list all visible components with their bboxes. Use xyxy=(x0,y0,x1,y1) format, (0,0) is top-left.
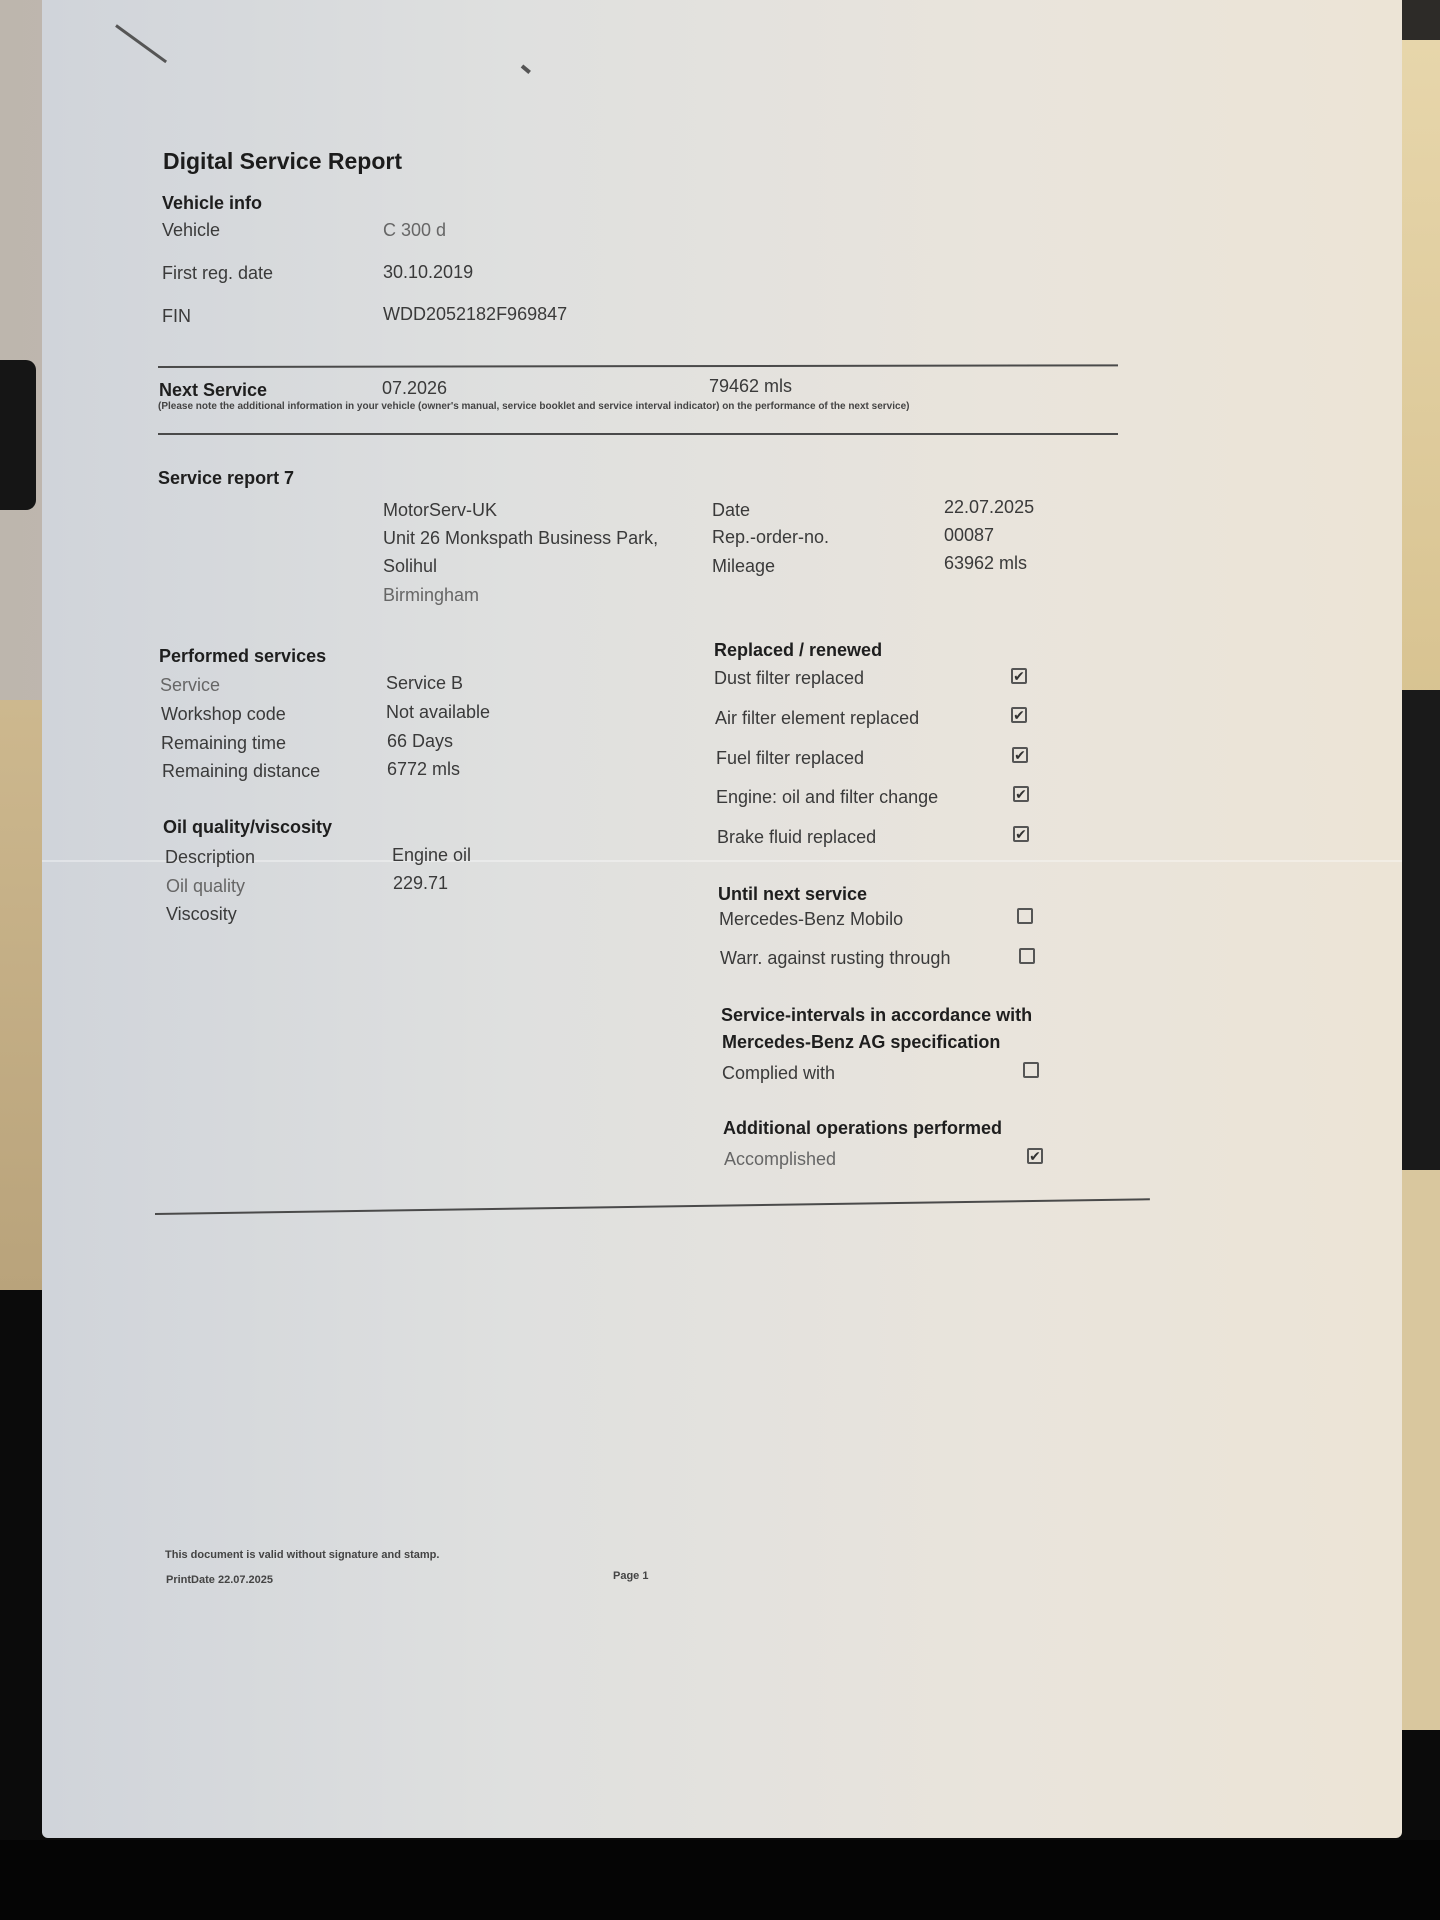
check-mark-icon: ✔ xyxy=(1013,668,1025,684)
air-filter-checkbox[interactable]: ✔ xyxy=(1011,707,1027,723)
oil-description-value: Engine oil xyxy=(392,845,471,866)
mileage-label: Mileage xyxy=(712,556,775,577)
intervals-heading-line2: Mercedes-Benz AG specification xyxy=(722,1032,1000,1053)
rep-order-value: 00087 xyxy=(944,525,994,546)
rust-warranty-checkbox[interactable] xyxy=(1019,948,1035,964)
page-title: Digital Service Report xyxy=(163,148,402,175)
next-service-date: 07.2026 xyxy=(382,378,447,399)
additional-heading: Additional operations performed xyxy=(723,1118,1002,1139)
service-label: Service xyxy=(160,675,220,696)
service-report-document: Digital Service Report Vehicle info Vehi… xyxy=(0,0,1440,1920)
replaced-item-label: Brake fluid replaced xyxy=(717,827,876,848)
replaced-heading: Replaced / renewed xyxy=(714,640,882,661)
complied-with-checkbox[interactable] xyxy=(1023,1062,1039,1078)
dust-filter-checkbox[interactable]: ✔ xyxy=(1011,668,1027,684)
check-mark-icon: ✔ xyxy=(1015,786,1027,802)
next-service-label: Next Service xyxy=(159,380,267,401)
oil-heading: Oil quality/viscosity xyxy=(163,817,332,838)
divider-bottom xyxy=(155,1198,1150,1215)
pen-mark xyxy=(115,24,167,63)
accomplished-checkbox[interactable]: ✔ xyxy=(1027,1148,1043,1164)
vehicle-label: Vehicle xyxy=(162,220,220,241)
remaining-time-label: Remaining time xyxy=(161,733,286,754)
oil-quality-label: Oil quality xyxy=(166,876,245,897)
first-reg-value: 30.10.2019 xyxy=(383,262,473,283)
replaced-item-label: Engine: oil and filter change xyxy=(716,787,938,808)
divider-top xyxy=(158,364,1118,368)
first-reg-label: First reg. date xyxy=(162,263,273,284)
remaining-distance-label: Remaining distance xyxy=(162,761,320,782)
brake-fluid-checkbox[interactable]: ✔ xyxy=(1013,826,1029,842)
workshop-address-line1: Unit 26 Monkspath Business Park, xyxy=(383,528,658,549)
remaining-time-value: 66 Days xyxy=(387,731,453,752)
check-mark-icon: ✔ xyxy=(1029,1148,1041,1164)
oil-description-label: Description xyxy=(165,847,255,868)
divider-next-service xyxy=(158,433,1118,435)
mileage-value: 63962 mls xyxy=(944,553,1027,574)
check-mark-icon: ✔ xyxy=(1014,747,1026,763)
viscosity-label: Viscosity xyxy=(166,904,237,925)
replaced-item-label: Dust filter replaced xyxy=(714,668,864,689)
remaining-distance-value: 6772 mls xyxy=(387,759,460,780)
validity-note: This document is valid without signature… xyxy=(165,1549,439,1561)
until-next-heading: Until next service xyxy=(718,884,867,905)
next-service-note: (Please note the additional information … xyxy=(158,401,1118,413)
fuel-filter-checkbox[interactable]: ✔ xyxy=(1012,747,1028,763)
rep-order-label: Rep.-order-no. xyxy=(712,527,829,548)
vehicle-info-heading: Vehicle info xyxy=(162,193,262,214)
fin-value: WDD2052182F969847 xyxy=(383,304,567,325)
oil-quality-value: 229.71 xyxy=(393,873,448,894)
workshop-address-city: Birmingham xyxy=(383,585,479,606)
date-value: 22.07.2025 xyxy=(944,497,1034,518)
fin-label: FIN xyxy=(162,306,191,327)
engine-oil-checkbox[interactable]: ✔ xyxy=(1013,786,1029,802)
replaced-item-label: Air filter element replaced xyxy=(715,708,919,729)
service-value: Service B xyxy=(386,673,463,694)
date-label: Date xyxy=(712,500,750,521)
until-next-item-label: Warr. against rusting through xyxy=(720,948,950,969)
check-mark-icon: ✔ xyxy=(1013,707,1025,723)
workshop-address-line2: Solihul xyxy=(383,556,437,577)
print-date: PrintDate 22.07.2025 xyxy=(166,1574,273,1586)
service-report-heading: Service report 7 xyxy=(158,468,294,489)
workshop-code-label: Workshop code xyxy=(161,704,286,725)
intervals-heading-line1: Service-intervals in accordance with xyxy=(721,1005,1032,1026)
vehicle-value: C 300 d xyxy=(383,220,446,241)
workshop-code-value: Not available xyxy=(386,702,490,723)
workshop-name: MotorServ-UK xyxy=(383,500,497,521)
until-next-item-label: Mercedes-Benz Mobilo xyxy=(719,909,903,930)
next-service-mileage: 79462 mls xyxy=(709,376,792,397)
accomplished-label: Accomplished xyxy=(724,1149,836,1170)
replaced-item-label: Fuel filter replaced xyxy=(716,748,864,769)
mobilo-checkbox[interactable] xyxy=(1017,908,1033,924)
page-number: Page 1 xyxy=(613,1570,648,1582)
check-mark-icon: ✔ xyxy=(1015,826,1027,842)
performed-services-heading: Performed services xyxy=(159,646,326,667)
complied-with-label: Complied with xyxy=(722,1063,835,1084)
pen-dot xyxy=(521,64,531,73)
